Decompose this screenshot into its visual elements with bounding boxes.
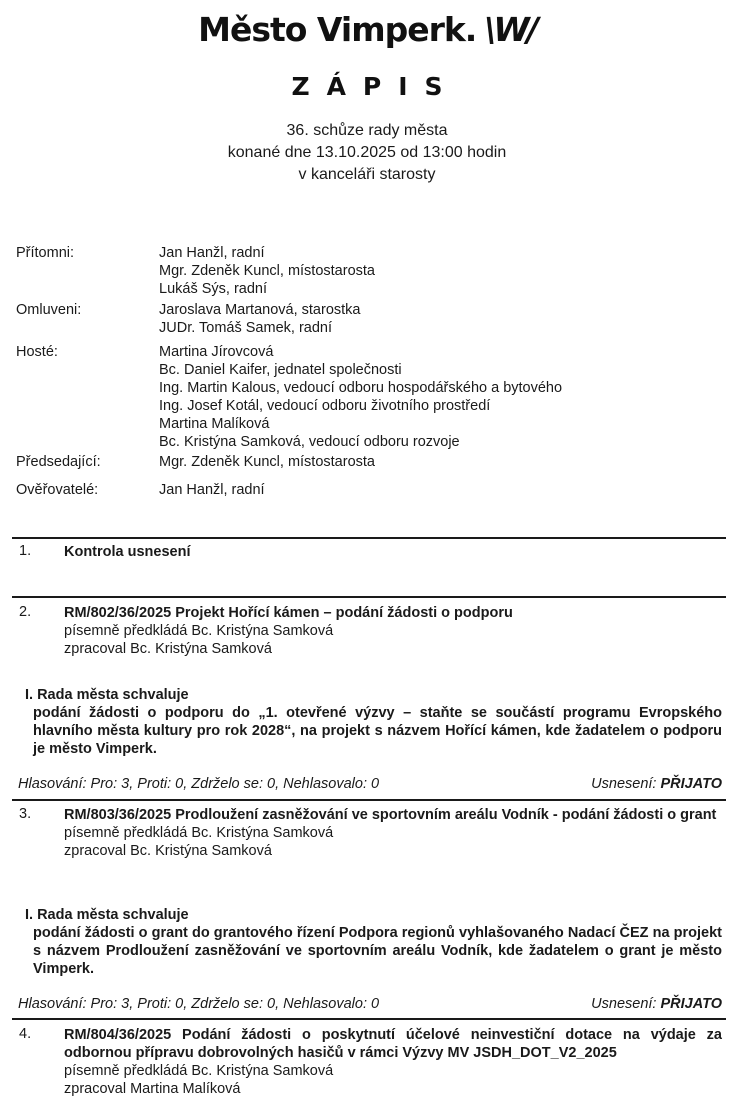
item-title: RM/803/36/2025 Prodloužení zasněžování v… bbox=[64, 806, 722, 824]
guest: Ing. Martin Kalous, vedoucí odboru hospo… bbox=[159, 379, 562, 397]
guest: Bc. Kristýna Samková, vedoucí odboru roz… bbox=[159, 433, 562, 451]
resolution-text: podání žádosti o grant do grantového říz… bbox=[25, 924, 722, 978]
attendee: JUDr. Tomáš Samek, radní bbox=[159, 319, 360, 337]
item-submitter: písemně předkládá Bc. Kristýna Samková bbox=[64, 824, 722, 842]
verifiers-names: Jan Hanžl, radní bbox=[159, 481, 265, 499]
section-divider bbox=[12, 596, 726, 598]
document-title: ZÁPIS bbox=[0, 72, 734, 101]
section-divider bbox=[12, 1018, 726, 1020]
excused-label: Omluveni: bbox=[16, 301, 156, 319]
item-submitter: písemně předkládá Bc. Kristýna Samková bbox=[64, 1062, 722, 1080]
agenda-item-3: RM/803/36/2025 Prodloužení zasněžování v… bbox=[64, 806, 722, 860]
status-label: Usnesení: bbox=[591, 996, 660, 1012]
guest: Bc. Daniel Kaifer, jednatel společnosti bbox=[159, 361, 562, 379]
attendee: Jaroslava Martanová, starostka bbox=[159, 301, 360, 319]
item-number: 3. bbox=[19, 806, 31, 822]
chair-name: Mgr. Zdeněk Kuncl, místostarosta bbox=[159, 453, 375, 471]
guests-names: Martina Jírovcová Bc. Daniel Kaifer, jed… bbox=[159, 343, 562, 451]
item-title: RM/802/36/2025 Projekt Hořící kámen – po… bbox=[64, 604, 722, 622]
vote-result: Hlasování: Pro: 3, Proti: 0, Zdrželo se:… bbox=[18, 996, 379, 1012]
resolution-heading: I. Rada města schvaluje bbox=[25, 906, 722, 924]
vote-result: Hlasování: Pro: 3, Proti: 0, Zdrželo se:… bbox=[18, 776, 379, 792]
item-number: 1. bbox=[19, 543, 31, 559]
verifiers-label: Ověřovatelé: bbox=[16, 481, 156, 499]
agenda-item-4: RM/804/36/2025 Podání žádosti o poskytnu… bbox=[64, 1026, 722, 1098]
resolution-status: Usnesení: PŘIJATO bbox=[591, 776, 722, 792]
present-names: Jan Hanžl, radní Mgr. Zdeněk Kuncl, míst… bbox=[159, 244, 375, 298]
resolution-status: Usnesení: PŘIJATO bbox=[591, 996, 722, 1012]
status-label: Usnesení: bbox=[591, 776, 660, 792]
section-divider bbox=[12, 537, 726, 539]
logo-text: Město Vimperk. bbox=[198, 10, 476, 49]
attendee: Lukáš Sýs, radní bbox=[159, 280, 375, 298]
item-title: RM/804/36/2025 Podání žádosti o poskytnu… bbox=[64, 1026, 722, 1062]
status-badge: PŘIJATO bbox=[660, 776, 722, 792]
resolution-heading: I. Rada města schvaluje bbox=[25, 686, 722, 704]
chair-names: Mgr. Zdeněk Kuncl, místostarosta bbox=[159, 453, 375, 471]
status-badge: PŘIJATO bbox=[660, 996, 722, 1012]
item-number: 4. bbox=[19, 1026, 31, 1042]
chair-label: Předsedající: bbox=[16, 453, 156, 471]
agenda-item-2: RM/802/36/2025 Projekt Hořící kámen – po… bbox=[64, 604, 722, 658]
excused-names: Jaroslava Martanová, starostka JUDr. Tom… bbox=[159, 301, 360, 337]
meeting-date: konané dne 13.10.2025 od 13:00 hodin bbox=[0, 142, 734, 164]
item-submitter: písemně předkládá Bc. Kristýna Samková bbox=[64, 622, 722, 640]
verifier-name: Jan Hanžl, radní bbox=[159, 481, 265, 499]
guest: Ing. Josef Kotál, vedoucí odboru životní… bbox=[159, 397, 562, 415]
guests-label: Hosté: bbox=[16, 343, 156, 361]
resolution-2: I. Rada města schvaluje podání žádosti o… bbox=[25, 686, 722, 758]
item-processor: zpracoval Martina Malíková bbox=[64, 1080, 722, 1098]
resolution-3: I. Rada města schvaluje podání žádosti o… bbox=[25, 906, 722, 978]
item-title: Kontrola usnesení bbox=[64, 543, 722, 561]
attendee: Jan Hanžl, radní bbox=[159, 244, 375, 262]
logo-mark-icon: \W/ bbox=[484, 10, 536, 49]
city-logo: Město Vimperk.\W/ bbox=[0, 10, 734, 49]
item-processor: zpracoval Bc. Kristýna Samková bbox=[64, 842, 722, 860]
item-number: 2. bbox=[19, 604, 31, 620]
guest: Martina Malíková bbox=[159, 415, 562, 433]
attendee: Mgr. Zdeněk Kuncl, místostarosta bbox=[159, 262, 375, 280]
guest: Martina Jírovcová bbox=[159, 343, 562, 361]
section-divider bbox=[12, 799, 726, 801]
meeting-info: 36. schůze rady města konané dne 13.10.2… bbox=[0, 120, 734, 186]
resolution-text: podání žádosti o podporu do „1. otevřené… bbox=[25, 704, 722, 758]
meeting-session: 36. schůze rady města bbox=[0, 120, 734, 142]
meeting-place: v kanceláři starosty bbox=[0, 164, 734, 186]
item-processor: zpracoval Bc. Kristýna Samková bbox=[64, 640, 722, 658]
agenda-item-1: Kontrola usnesení bbox=[64, 543, 722, 561]
present-label: Přítomni: bbox=[16, 244, 156, 262]
